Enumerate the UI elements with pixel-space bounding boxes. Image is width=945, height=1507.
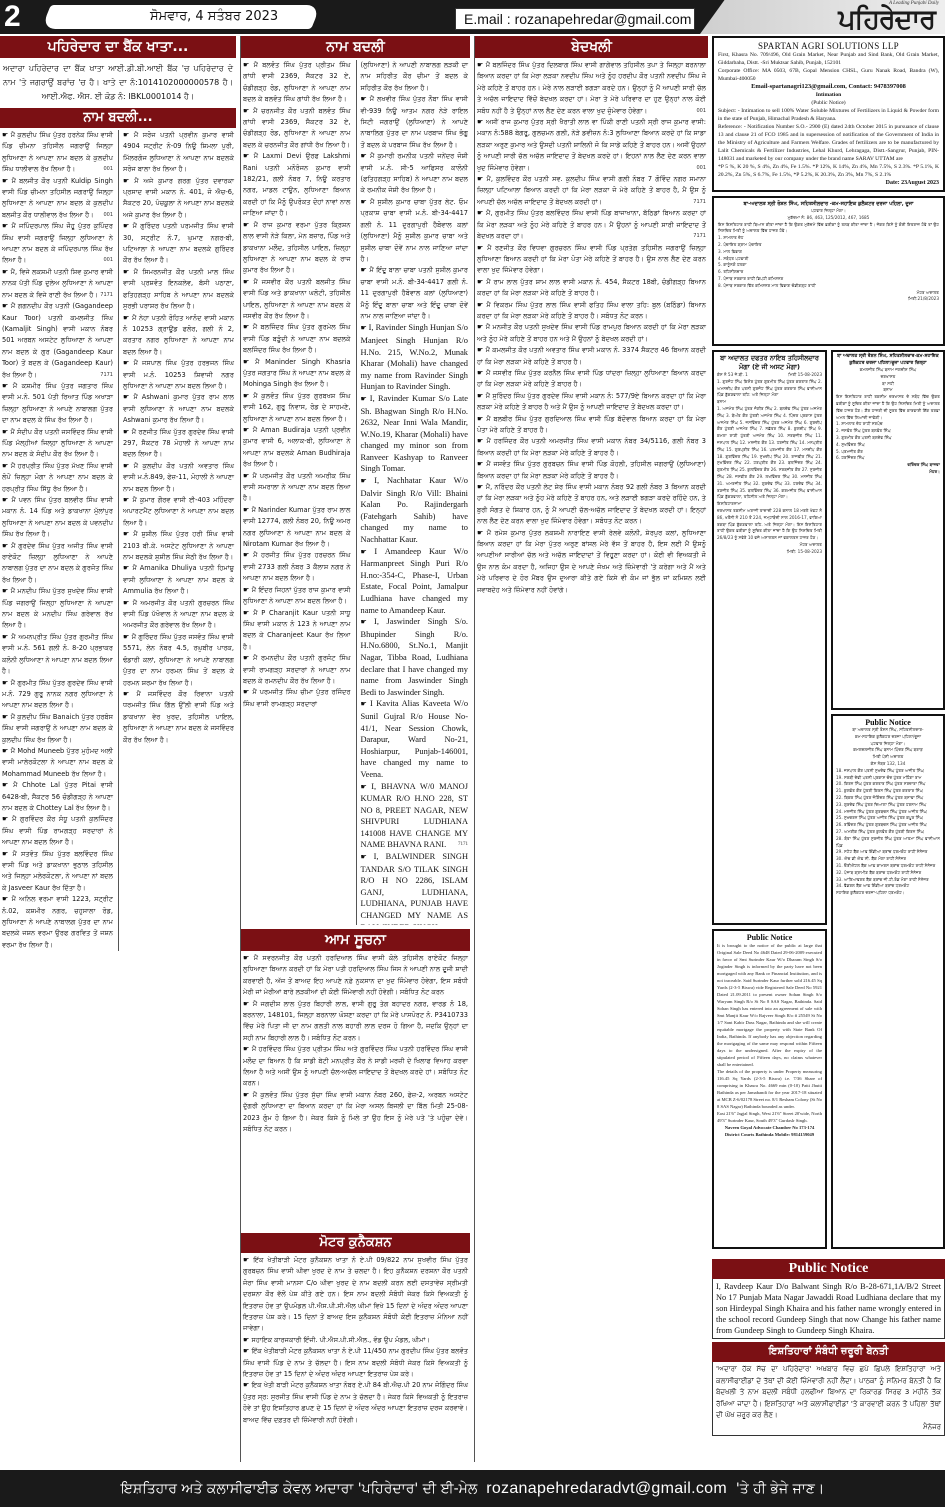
notice-item: ☛ ਮੈਂ ਬਲਬੀਰ ਸਿੰਘ ਪੁੱਤਰ ਗੁਰਦਿਆਲ ਸਿੰਘ ਵਾਸੀ… xyxy=(475,414,708,437)
notice-text: ਮੈਂ ਜਸਵੀਰ ਕੌਰ ਪਤਨੀ ਬਲਜੀਤ ਸਿੰਘ ਵਾਸੀ ਪਿੰਡ … xyxy=(243,278,351,320)
pointing-hand-icon: ☛ xyxy=(243,1336,252,1344)
column-1: ਪਹਿਰੇਦਾਰ ਦਾ ਬੈਂਕ ਖਾਤਾ... ਅਦਾਰਾ ਪਹਿਰੇਦਾਰ … xyxy=(0,36,236,1462)
list-line: ਸਹਾਇਕ ਕੁਲੈਕਟਰ ਦਰਜਾ-ਪਹਿਲਾ ਧਰਮਕੋਟ। xyxy=(836,890,940,897)
pointing-hand-icon: ☛ xyxy=(243,1091,253,1099)
pointing-hand-icon: ☛ xyxy=(361,95,370,103)
court-notices-row: ਬਾ ਅਦਾਲਤ ਦਫਤਰ ਨਾਇਬ ਤਹਿਸੀਲਦਾਰ ਮੋਗਾ (ਏ ਜੀ … xyxy=(712,350,945,1255)
notice-item: ☛ ਮੈਂ ਸੰਦੀਪ ਕੌਰ ਪਤਨੀ ਜਸਵਿੰਦਰ ਸਿੰਘ ਵਾਸੀ ਪ… xyxy=(0,427,115,461)
list-line: 1. ਸ਼ਾਮਲਾਤ ਦੇਹ ਰਾਹੀਂ ਸਰਪੰਚ xyxy=(836,421,940,428)
notice-text: I, BHAVNA W/0 MANOJ KUMAR R/O H.NO 228, … xyxy=(361,782,469,850)
notice-item: ☛ ਮੈਂ Mohd Muneeb ਪੁੱਤਰ ਮੁਹੰਮਦ ਅਲੀ ਵਾਸੀ … xyxy=(0,746,115,780)
notice-text: ਮੈਂ ਅਮਨਪ੍ਰੀਤ ਸਿੰਘ ਪੁੱਤਰ ਗੁਰਮੀਤ ਸਿੰਘ ਵਾਸੀ… xyxy=(2,633,113,675)
pointing-hand-icon: ☛ xyxy=(2,713,11,721)
notice-text: ਮੈਂ ਹਰਜੀਤ ਸਿੰਘ ਪੁੱਤਰ ਹਰਚਰਨ ਸਿੰਘ ਵਾਸੀ 273… xyxy=(243,551,351,582)
pointing-hand-icon: ☛ xyxy=(243,954,254,962)
pointing-hand-icon: ☛ xyxy=(243,107,253,115)
notice-text: ਮੈਂ ਚਰਨਜੀਤ ਕੌਰ ਪਤਨੀ ਬਲਵੰਤ ਸਿੰਘ ਗਾਂਧੀ ਵਾਸ… xyxy=(243,107,351,149)
notice-text: ਮੈਂ Laxmi Devi ਉਰਫ Lakshmi Rani ਪਤਨੀ ਮਨੋ… xyxy=(243,152,351,217)
notice-text: ਮੈਂ ਗੁਰਮੀਤ ਸਿੰਘ ਪੁੱਤਰ ਗੁਰਦੇਵ ਸਿੰਘ ਵਾਸੀ ਮ… xyxy=(2,679,113,710)
notice-text: ਮੈਂ ਕੁਮਾਰੀ ਰਮਨੀਕ ਪਤਨੀ ਜਨੇਂਦਰ ਜੋਸ਼ੀ ਵਾਸੀ … xyxy=(361,152,469,194)
pointing-hand-icon: ☛ xyxy=(2,815,12,823)
notice-item: ☛ ਮੈਂ ਪਰਮਜੀਤ ਸਿੰਘ ਚੀਮਾ ਪੁੱਤਰ ਰਜਿੰਦਰ ਸਿੰਘ… xyxy=(241,687,353,710)
spartan-agri-notice: SPARTAN AGRI SOLUTIONS LLP First, Khasra… xyxy=(712,36,945,192)
pointing-hand-icon: ☛ xyxy=(361,395,370,403)
notice-text: ਮੈਂ ਗੁਰਵਿੰਦਰ ਕੌਰ ਸੰਧੂ ਪਤਨੀ ਕੁਲਜਿੰਦਰ ਸਿੰਘ… xyxy=(2,815,113,846)
list-line: 20. ਕਿਰਨ ਸਿੰਘ ਪੁੱਤਰ ਕਰਤਾਰ ਸਿੰਘ ਪੁੱਤਰ ਸਰਦ… xyxy=(836,781,940,788)
court2-ishtihar-body: ਦਰਖਾਸਤ ਤਕਸੀਮ ਅਰਾਜੀ ਤਾਦਾਦੀ 228 ਕਨਾਲ 18 ਮਰ… xyxy=(717,508,822,542)
pointing-hand-icon: ☛ xyxy=(361,853,374,861)
notice-text: ਮੈਂ ਸਰੋਜ ਪਤਨੀ ਪ੍ਰਵੀਨ ਕੁਮਾਰ ਵਾਸੀ 4904 ਸਟ੍… xyxy=(123,131,234,173)
notice-text: ਮੈਂ ਬਲਜੀਤ ਕੌਰ ਪਤਨੀ Kuldip Singh ਵਾਸੀ ਪਿੰ… xyxy=(2,177,113,219)
notice-item: ☛ ਮੈਂ Laxmi Devi ਉਰਫ Lakshmi Rani ਪਤਨੀ ਮ… xyxy=(241,151,353,219)
notice-text: ਮੈਂ ਕੁਲਦੀਪ ਸਿੰਘ ਪੁੱਤਰ ਹਰਨੇਕ ਸਿੰਘ ਵਾਸੀ ਪਿ… xyxy=(2,131,113,173)
pointing-hand-icon: ☛ xyxy=(477,209,486,217)
pointing-hand-icon: ☛ xyxy=(123,222,133,230)
notice-item: ☛ ਮੈਂ ਰਣਜੀਤ ਕੌਰ ਵਿਧਵਾ ਗੁਰਚਰਨ ਸਿੰਘ ਵਾਸੀ ਪ… xyxy=(475,243,708,277)
notice-item: ☛ ਸਹਾਇਕ ਕਾਰਜਕਾਰੀ ਇੰਜੀ. ਪੀ.ਐਸ.ਪੀ.ਸੀ.ਐਲ., … xyxy=(241,1335,470,1346)
pointing-hand-icon: ☛ xyxy=(2,462,11,470)
pointing-hand-icon: ☛ xyxy=(243,1000,253,1008)
notice-item: ☛ ਮੈਂ ਕੁਲਦੀਪ ਸਿੰਘ Banaich ਪੁੱਤਰ ਹਰਬੰਸ ਸਿ… xyxy=(0,712,115,746)
company-contact: Email-spartanagri123@gmail.com, Contact:… xyxy=(718,83,939,91)
notice-item: ☛ ਮੈਂ ਲਖਵੀਰ ਸਿੰਘ ਪੁੱਤਰ ਨੌਬਾ ਸਿੰਘ ਵਾਸੀ ਵੀ… xyxy=(359,94,471,151)
list-line: 32. ਪੰਜਾਬ ਗ੍ਰਾਮੀਣ ਬੈਂਕ ਬਰਾਂਚ ਧਰਮਕੋਟ ਰਾਹੀ… xyxy=(836,870,940,877)
pointing-hand-icon: ☛ xyxy=(2,268,11,276)
pointing-hand-icon: ☛ xyxy=(123,359,134,367)
pointing-hand-icon: ☛ xyxy=(2,587,11,595)
notice-text: ਮੈਂ ਰਣਜੀਤ ਕੌਰ ਵਿਧਵਾ ਗੁਰਚਰਨ ਸਿੰਘ ਵਾਸੀ ਪਿੰ… xyxy=(477,244,706,275)
public-notice-heading: Public Notice xyxy=(712,1259,945,1279)
notice-item: ☛ ਮੈਂ ਬਲਜਿੰਦਰ ਸਿੰਘ ਪੁੱਤਰ ਦਿਲਬਾਗ ਸਿੰਘ ਵਾਸ… xyxy=(475,60,708,117)
court2-vs: ਬਨਾਮ xyxy=(717,399,822,406)
issue-date: ਸੋਮਵਾਰ, 4 ਸਤੰਬਰ 2023 xyxy=(150,6,278,28)
pointing-hand-icon: ☛ xyxy=(477,369,486,377)
notice-item: (ਲੁਧਿਆਣਾ) ਨੇ ਆਪਣੀ ਨਾਬਾਲਗ ਲੜਕੀ ਦਾ ਨਾਮ ਸਹਿ… xyxy=(359,60,471,94)
notice-item: ☛ ਮੈਂ ਸਤਵੰਤ ਸਿੰਘ ਪੁੱਤਰ ਬਲਵਿੰਦਰ ਸਿੰਘ ਵਾਸੀ… xyxy=(0,849,115,895)
pointing-hand-icon: ☛ xyxy=(477,483,486,491)
notice-text: I, Ravinder Singh Hunjan S/o Manjeet Sin… xyxy=(361,323,469,391)
pointing-hand-icon: ☛ xyxy=(2,542,11,550)
notice-item: ☛ ਮੈਂ ਹਰਵਿੰਦਰ ਸਿੰਘ ਪੁੱਤਰ ਪ੍ਰੀਤਮ ਸਿੰਘ ਅਤੇ… xyxy=(241,1044,470,1090)
general-notice-heading: ਆਮ ਸੂਚਨਾ xyxy=(241,929,470,951)
notice-text: ਮੈਂ ਕੁਲਵੰਤ ਸਿੰਘ ਪੁੱਤਰ ਸੁੱਚਾ ਸਿੰਘ ਵਾਸੀ ਮਕ… xyxy=(243,1091,468,1133)
notice-text: I Amandeep Kaur W/o Harmanpreet Singh Pu… xyxy=(361,547,469,615)
pointing-hand-icon: ☛ xyxy=(477,323,486,331)
notice-text: ਮੈਂ Chhote Lal ਪੁੱਤਰ Pitai ਵਾਸੀ 6428-ਬੀ,… xyxy=(2,781,113,812)
pointing-hand-icon: ☛ xyxy=(361,198,371,206)
pointing-hand-icon: ☛ xyxy=(243,654,253,662)
pointing-hand-icon: ☛ xyxy=(123,393,133,401)
pointing-hand-icon: ☛ xyxy=(123,633,132,641)
notice-text: ਮੈਂ ਪਰਮਜੀਤ ਸਿੰਘ ਚੀਮਾ ਪੁੱਤਰ ਰਜਿੰਦਰ ਸਿੰਘ ਵ… xyxy=(243,688,351,707)
court1-case: ਮੁਕੱਦਮਾ ਨੰ: 86, 463, 125/2012, 467, 1685 xyxy=(718,215,939,222)
pointing-hand-icon: ☛ xyxy=(477,346,486,354)
notice-item: ☛ ਇੱਕ ਖੇਤੀਬਾੜੀ ਮੋਟਰ ਕੁਨੈਕਸ਼ਨ ਖਾਤਾ ਨੰ ਏ.ਪ… xyxy=(241,1255,470,1335)
pointing-hand-icon: ☛ xyxy=(243,1256,253,1264)
notice-text: ਮੈਂ ਅਮਰਜੀਤ ਕੌਰ ਪਤਨੀ ਗੁਰਚਰਨ ਸਿੰਘ ਵਾਸੀ ਪਿੰ… xyxy=(123,599,234,630)
notice-item: ☛ ਮੈਂ Narinder Kumar ਪੁੱਤਰ ਰਾਮ ਲਾਲ ਵਾਸੀ … xyxy=(241,505,353,551)
list-line: 1. ਸ਼ਾਮਲਾਤ ਦੇਹ xyxy=(718,235,939,242)
pointing-hand-icon: ☛ xyxy=(477,61,486,69)
notice-text: ਇੱਕ ਖੇਤੀਬਾੜੀ ਮੋਟਰ ਕੁਨੈਕਸ਼ਨ ਖਾਤਾ ਨੰ ਏ.ਪੀ … xyxy=(243,1256,468,1332)
public-notice-punjabi: Public Notice ਬਾ ਅਦਾਲਤ ਸ੍ਰੀ ਰੋਸ਼ਨ ਸਿੰਘ, … xyxy=(831,714,945,1249)
masthead: 2 ਸੋਮਵਾਰ, 4 ਸਤੰਬਰ 2023 E.mail : rozanape… xyxy=(0,0,945,34)
pointing-hand-icon: ☛ xyxy=(2,781,13,789)
notice-text: ਮੈਂ ਰਮੇਸ਼ ਕੁਮਾਰ ਪੁੱਤਰ ਲਕਸ਼ਮੀ ਨਾਰਾਇਣ ਵਾਸੀ… xyxy=(477,529,706,594)
notice-text: ਮੈਂ ਜਸਪਾਲ ਸਿੰਘ ਪੁੱਤਰ ਹਰਭਜਨ ਸਿੰਘ ਵਾਸੀ ਮ.ਨ… xyxy=(123,359,234,390)
intimation-label: Intimation xyxy=(718,91,939,99)
notice-text: ਇਕ ਖੇਤੀ ਬਾੜੀ ਮੋਟਰ ਕੁਨੈਕਸ਼ਨ ਖਾਤਾ ਨੰਬਰ ਏ.ਪ… xyxy=(243,1381,468,1423)
court-notice-1: ਬਾ-ਅਦਾਲਤ ਸ੍ਰੀ ਰੋਸ਼ਨ ਸਿੰਘ, ਸਹਿਤਸੀਲਦਾਰ -ਕਮ… xyxy=(712,196,945,346)
notice-item: ☛ ਮੈਂ ਇੰਦਰ ਜਿਹਨਾਂ ਪੁੱਤਰ ਰਾਜ ਕੁਮਾਰ ਵਾਸੀ ਲ… xyxy=(241,585,353,608)
list-line: 5. ਕਾਨੂੰਨਗੋ ਹਲਕਾ xyxy=(718,262,939,269)
list-line: 24. ਮਨਜੀਤ ਸਿੰਘ ਪੁੱਤਰ ਗੁਰਬਚਨ ਸਿੰਘ ਪੁੱਤਰ ਅ… xyxy=(836,809,940,816)
pointing-hand-icon: ☛ xyxy=(243,358,255,366)
list-line: ਮਿਤੀ ਪੇਸ਼ੀ ਅਦਾਲਤ xyxy=(836,754,940,761)
notice-item: ☛ ਮੈਂ ਕਸ਼ਮੀਰ ਸਿੰਘ ਪੁੱਤਰ ਜਗਤਾਰ ਸਿੰਘ ਵਾਸੀ … xyxy=(0,381,115,427)
disinheritance-heading: ਬੇਦਖਲੀ xyxy=(475,36,708,58)
notice-item: ☛ ਮੈਂ ਜਸਵੀਰ ਕੌਰ ਪਤਨੀ ਬਲਜੀਤ ਸਿੰਘ ਵਾਸੀ ਪਿੰ… xyxy=(241,277,353,323)
notice-text: ਮੈਂ, ਵਿਜੇ ਲਕਸ਼ਮੀ ਪਤਨੀ ਸ਼ਿਵ ਕੁਮਾਰ ਵਾਸੀ ਨਾ… xyxy=(2,268,113,299)
notice-item: ☛ ਮੈਂ ਚਰਨਜੀਤ ਕੌਰ ਪਤਨੀ ਬਲਵੰਤ ਸਿੰਘ ਗਾਂਧੀ ਵ… xyxy=(241,106,353,152)
notice-item: ☛ ਮੈਂ ਰਣਜੀਤ ਸਿੰਘ ਪੁੱਤਰ ਗੁਰਦੇਵ ਸਿੰਘ ਵਾਸੀ … xyxy=(121,427,236,461)
court1-sign-date: ਮਿਤੀ:21/8/2023 xyxy=(718,296,939,303)
notice-text: ਮੈਂ ਪਵਨ ਸਿੰਘ ਪੁੱਤਰ ਬਲਵੀਰ ਸਿੰਘ ਵਾਸੀ ਮਕਾਨ … xyxy=(2,496,113,538)
pointing-hand-icon: ☛ xyxy=(243,586,252,594)
pointing-hand-icon: ☛ xyxy=(123,462,134,470)
notice-item: ☛ ਮੈਂ ਹਰਜੀਤ ਸਿੰਘ ਪੁੱਤਰ ਹਰਚਰਨ ਸਿੰਘ ਵਾਸੀ 2… xyxy=(241,550,353,584)
notice-text: ਮੈਂ ਜਸਵਿੰਦਰ ਕੌਰ ਰਿਵਾਨਾ ਪਤਨੀ ਧਰਮਜੀਤ ਸਿੰਘ … xyxy=(123,690,234,744)
notice-item: ☛ ਮੈਂ ਗੁਰਿੰਦਰ ਸਿੰਘ ਪੁੱਤਰ ਜਸਵੰਤ ਸਿੰਘ ਵਾਸੀ… xyxy=(121,632,236,689)
pointing-hand-icon: ☛ xyxy=(243,1347,252,1355)
notice-item: ☛ ਮੈਂ ਜਸਵੰਤ ਸਿੰਘ ਪੁੱਤਰ ਗੁਰਬਚਨ ਸਿੰਘ ਵਾਸੀ … xyxy=(475,459,708,482)
court3-labels: ਦਰਖਾਸਤਬਾ ਸਹੀਂਬਨਾਮ xyxy=(836,374,940,394)
pointing-hand-icon: ☛ xyxy=(2,302,11,310)
court3-subtitle: ਕਮਲਜੀਤ ਸਿੰਘ ਬਨਾਮ ਜਗਦੀਸ਼ ਸਿੰਘ xyxy=(836,367,940,374)
court3-sign: ਵਰਿੰਦਰ ਸਿੰਘ ਬਾਜਵਾ xyxy=(836,462,940,469)
notice-item: ☛ ਮੈਂ ਜਸਵੀਰ ਸਿੰਘ ਪੁੱਤਰ ਕਰਨੈਲ ਸਿੰਘ ਵਾਸੀ ਪ… xyxy=(475,368,708,391)
notice-item: ☛ ਮੈਂ ਸੁਸ਼ੀਲ ਕੁਮਾਰ ਚਾਬਾ ਪੁੱਤਰ ਲੇਟ. ਓਮ ਪ੍… xyxy=(359,197,471,265)
pointing-hand-icon: ☛ xyxy=(361,700,370,708)
notice-item: ☛ ਮੈਂ ਜਗਦੀਸ਼ ਲਾਲ ਪੁੱਤਰ ਬਿਹਾਰੀ ਲਾਲ, ਵਾਸੀ … xyxy=(241,999,470,1045)
pointing-hand-icon: ☛ xyxy=(243,551,253,559)
pointing-hand-icon: ☛ xyxy=(243,221,254,229)
court3-body: ਇਸ ਇਸ਼ਤਿਹਾਰ ਰਾਹੀਂ ਤਕਸੀਮ ਦਰਖਾਸਤ ਦੇ ਸਬੰਧ ਵ… xyxy=(836,394,940,421)
notice-text: ਮੈਂ ਬਲਵੰਤ ਸਿੰਘ ਪੁੱਤਰ ਪ੍ਰੀਤਮ ਸਿੰਘ ਗਾਂਧੀ ਵ… xyxy=(243,61,351,103)
notice-text: ਮੈਂ Mohd Muneeb ਪੁੱਤਰ ਮੁਹੰਮਦ ਅਲੀ ਵਾਸੀ ਮਾ… xyxy=(2,747,113,778)
notice-item: ☛ ਮੈਂ ਬਲਵੰਤ ਸਿੰਘ ਪੁੱਤਰ ਪ੍ਰੀਤਮ ਸਿੰਘ ਗਾਂਧੀ… xyxy=(241,60,353,106)
court-notice-2-wrap: ਬਾ ਅਦਾਲਤ ਦਫਤਰ ਨਾਇਬ ਤਹਿਸੀਲਦਾਰ ਮੋਗਾ (ਏ ਜੀ … xyxy=(712,350,827,1255)
notice-text: ਮੈਂ ਰਾਮ ਲਾਲ ਪੁੱਤਰ ਸ਼ਾਮ ਲਾਲ ਵਾਸੀ ਮਕਾਨ ਨੰ.… xyxy=(477,278,706,297)
notice-text: ਮੈਂ ਵਿਕਰਮ ਸਿੰਘ ਪੁੱਤਰ ਲਾਲ ਸਿੰਘ ਵਾਸੀ ਫਤਿਹ … xyxy=(477,301,706,320)
page-number: 2 xyxy=(4,0,21,34)
notice-code: 001 xyxy=(103,164,113,175)
notice-item: ☛ ਮੈਂ ਮਨਜੀਤ ਕੌਰ ਪਤਨੀ ਸੁਖਦੇਵ ਸਿੰਘ ਵਾਸੀ ਪਿ… xyxy=(475,322,708,345)
notice-text: ਮੈਂ ਜਪਿੰਦਰਪਾਲ ਸਿੰਘ ਜੌਹੂ ਪੁੱਤਰ ਕੁਪਿੰਦਰ ਸਿ… xyxy=(2,222,113,264)
notice-item: ☛ ਮੈਂ Ashwani ਕੁਮਾਰ ਪੁੱਤਰ ਰਾਮ ਲਾਲ ਵਾਸੀ ਲ… xyxy=(121,392,236,426)
bank-info: ਅਦਾਰਾ ਪਹਿਰੇਦਾਰ ਦਾ ਬੈਂਕ ਖਾਤਾ ਆਈ.ਡੀ.ਬੀ.ਆਈ … xyxy=(0,60,236,106)
court-notice-3-wrap: ਬਾ ਅਦਾਲਤ ਸ੍ਰੀ ਰੋਸ਼ਨ ਸਿੰਘ, ਸਹਿਤਸੀਲਦਾਰ-ਕਮ-… xyxy=(831,350,945,1255)
pointing-hand-icon: ☛ xyxy=(243,426,253,434)
list-line: ਕਮ-ਸਹਾਇਕ ਕੁਲੈਕਟਰ ਦਰਜਾ ਪਹਿਲਾ/ਦੂਜਾ xyxy=(836,734,940,741)
court2-title: ਬਾ ਅਦਾਲਤ ਦਫਤਰ ਨਾਇਬ ਤਹਿਸੀਲਦਾਰ ਮੋਗਾ (ਏ ਜੀ … xyxy=(717,354,822,372)
pointing-hand-icon: ☛ xyxy=(123,131,134,139)
list-line: 27. ਅਮਰੀਕ ਸਿੰਘ ਪੁੱਤਰ ਕੁਲਵੰਤ ਕੌਰ ਪੁੱਤਰੀ ਕ… xyxy=(836,829,940,836)
notice-text: ਮੈਂ ਮਨਜੀਤ ਕੌਰ ਪਤਨੀ ਸੁਖਦੇਵ ਸਿੰਘ ਵਾਸੀ ਪਿੰਡ… xyxy=(477,323,706,342)
court2-case-no: ਕੇਸ ਨੰ 53 ਜੇ.ਬੀ. 1 xyxy=(717,372,748,379)
disclaimer-heading: ਇਸ਼ਤਿਹਾਰਾਂ ਸੰਬੰਧੀ ਜ਼ਰੂਰੀ ਬੇਨਤੀ xyxy=(712,1342,945,1362)
list-line: 34. ਫੈਡਰਲ ਬੈਂਕ ਆਫ ਇੰਡੀਆ ਬਰਾਂਚ ਧਰਮਕੋਟ xyxy=(836,883,940,890)
subject-text: Subject: - Intimation to sell 100% Water… xyxy=(718,107,939,123)
notice-item: ☛ ਮੈਂ ਪਵਨ ਸਿੰਘ ਪੁੱਤਰ ਬਲਵੀਰ ਸਿੰਘ ਵਾਸੀ ਮਕਾ… xyxy=(0,495,115,541)
notice-item: ☛ I Kavita Alias Kaveeta W/o Sunil Gujra… xyxy=(359,698,471,780)
notice-item: ☛ ਮੈਂ ਮਨਦੀਪ ਸਿੰਘ ਪੁੱਤਰ ਸੁਖਦੇਵ ਸਿੰਘ ਵਾਸੀ … xyxy=(0,586,115,632)
notice-item: ☛ ਮੈਂ Aman Budiraja ਪਤਨੀ ਪ੍ਰਵੀਨ ਕੁਮਾਰ ਵਾ… xyxy=(241,425,353,471)
pointing-hand-icon: ☛ xyxy=(2,428,11,436)
pointing-hand-icon: ☛ xyxy=(361,152,371,160)
court3-title: ਬਾ ਅਦਾਲਤ ਸ੍ਰੀ ਰੋਸ਼ਨ ਸਿੰਘ, ਸਹਿਤਸੀਲਦਾਰ-ਕਮ-… xyxy=(836,354,940,367)
public-notice-english: Public Notice It is brought to the notic… xyxy=(712,929,827,1249)
pointing-hand-icon: ☛ xyxy=(2,679,11,687)
notice-item: ☛ ਮੈਂ, ਗੁਰਮੀਤ ਸਿੰਘ ਪੁੱਤਰ ਬਲਵਿੰਦਰ ਸਿੰਘ ਵਾ… xyxy=(475,208,708,242)
list-line: 3. ਗੁਰਮੀਤ ਕੌਰ ਪਤਨੀ ਬਲਦੇਵ ਸਿੰਘ xyxy=(836,435,940,442)
notice-text: ਮੈਂ ਹਰਜਿੰਦਰ ਕੌਰ ਪਤਨੀ ਅਮਰਜੀਤ ਸਿੰਘ ਵਾਸੀ ਮਕ… xyxy=(477,437,706,456)
notice-text: ਮੈਂ ਗੁਰਦੇਵ ਸਿੰਘ ਪੁੱਤਰ ਅਜੀਤ ਸਿੰਘ ਵਾਸੀ ਰਾਏ… xyxy=(2,542,113,584)
column-4: SPARTAN AGRI SOLUTIONS LLP First, Khasra… xyxy=(712,36,945,1462)
court2-sign-date: ਮਿਤੀ: 15-08-2023 xyxy=(717,549,822,556)
notice-text: ਮੈਂ ਅਨਿਲ ਵਰਮਾ ਵਾਸੀ 1223, ਸਟ੍ਰੀਟ ਨੰ.02, ਕ… xyxy=(2,895,113,949)
pointing-hand-icon: ☛ xyxy=(477,415,486,423)
disclaimer-body: 'ਅਦਾਰਾ ਹੱਕ ਸੱਚ ਦਾ ਪਹਿਰੇਦਾਰ' ਅਖ਼ਬਾਰ ਵਿਚ ਛ… xyxy=(712,1362,945,1436)
notice-text: ਮੈਂ ਅਜੇ ਕੁਮਾਰ ਗਰਗ ਪੁੱਤਰ ਦਵਾਰਕਾ ਪ੍ਰਸਾਦ ਵਾ… xyxy=(123,177,234,219)
pointing-hand-icon: ☛ xyxy=(243,323,253,331)
list-line: 19. ਸਰਬੀ ਦੇਵੀ ਪਤਨੀ ਪ੍ਰਕਾਸ਼ ਚੰਦ ਪੁੱਤਰ ਮਹਿ… xyxy=(836,775,940,782)
notice-item: ☛ ਮੈਂ ਅਮਨਪ੍ਰੀਤ ਸਿੰਘ ਪੁੱਤਰ ਗੁਰਮੀਤ ਸਿੰਘ ਵਾ… xyxy=(0,632,115,678)
company-address: First, Khasra No. 709/496, Old Grain Mar… xyxy=(718,51,939,67)
notice-item: ☛ ਮੈਂ ਜਸਪਾਲ ਸਿੰਘ ਪੁੱਤਰ ਹਰਭਜਨ ਸਿੰਘ ਵਾਸੀ ਮ… xyxy=(121,358,236,392)
notice-item: ☛ I, Ravinder Kumar S/o Late Sh. Bhagwan… xyxy=(359,393,471,475)
notice-item: ☛ ਮੈਂ ਕਮਲਜੀਤ ਕੌਰ ਪਤਨੀ ਅਵਤਾਰ ਸਿੰਘ ਵਾਸੀ ਮਕ… xyxy=(475,345,708,368)
notice-item: ☛ I, BHAVNA W/0 MANOJ KUMAR R/O H.NO 228… xyxy=(359,781,471,852)
notice-text: ਮੈਂ ਸ਼ੁਸ਼ੀਲ ਸਿੰਘ ਪੁੱਤਰ ਹਰੀ ਸਿੰਘ ਵਾਸੀ 210… xyxy=(123,530,234,561)
court3-list: 1. ਸ਼ਾਮਲਾਤ ਦੇਹ ਰਾਹੀਂ ਸਰਪੰਚ2. ਜਸਵੰਤ ਸਿੰਘ … xyxy=(836,421,940,462)
list-line: 25. ਸੁਖਚਰਨ ਸਿੰਘ ਪੁੱਤਰ ਅਜੀਤ ਸਿੰਘ ਪੁੱਤਰ ਕਪ… xyxy=(836,815,940,822)
pointing-hand-icon: ☛ xyxy=(2,850,13,858)
notice-item: ☛ ਮੈਂ Amanika Dhuliya ਪਤਨੀ ਹਿਮਾਂਸ਼ੂ ਵਾਸੀ… xyxy=(121,563,236,597)
notice-text: ਮੈਂ ਸੁਰਿੰਦਰ ਸਿੰਘ ਪੁੱਤਰ ਗੁਰਦੇਵ ਸਿੰਘ ਵਾਸੀ … xyxy=(477,392,706,411)
notice-text: ਮੈਂ ਲਖਵੀਰ ਸਿੰਘ ਪੁੱਤਰ ਨੌਬਾ ਸਿੰਘ ਵਾਸੀ ਵੀ-9… xyxy=(361,95,469,149)
pointing-hand-icon: ☛ xyxy=(361,618,375,626)
pointing-hand-icon: ☛ xyxy=(2,177,12,185)
header-email[interactable]: E.mail : rozanapehredar@gmail.com xyxy=(455,8,695,30)
list-line: 3. ਮਾਲ ਵਿਭਾਗ xyxy=(718,249,939,256)
notice-item: ☛ ਇਕ ਖੇਤੀ ਬਾੜੀ ਮੋਟਰ ਕੁਨੈਕਸ਼ਨ ਖਾਤਾ ਨੰਬਰ ਏ… xyxy=(241,1380,470,1426)
pointing-hand-icon: ☛ xyxy=(243,1045,252,1053)
notice-item: ☛ ਇੱਕ ਖੇਤੀਬਾੜੀ ਮੋਟਰ ਕੁਨੈਕਸ਼ਨ ਖਾਤਾ ਨੰ ਏ.ਪ… xyxy=(241,1346,470,1380)
notice-text: ਮੈਂ P Charanjit Kaur ਪਤਨੀ ਸਾਧੂ ਸਿੰਘ ਵਾਸੀ… xyxy=(243,609,351,651)
notice-item: ☛ ਮੈਂ ਕੁਲਵੰਤ ਸਿੰਘ ਪੁੱਤਰ ਗੁਰਬਖਸ਼ ਸਿੰਘ ਵਾਸ… xyxy=(241,391,353,425)
list-line: 23. ਗੁਰਦੇਵ ਸਿੰਘ ਪੁੱਤਰ ਦਿਆਲਾ ਸਿੰਘ ਪੁੱਤਰ ਹ… xyxy=(836,802,940,809)
court2-body: 1. ਗੁਰਜੰਟ ਸਿੰਘ ਕਿਸ਼ੋਰ ਪੁੱਤਰ ਗੁਰਮੀਤ ਸਿੰਘ … xyxy=(717,379,822,399)
pointing-hand-icon: ☛ xyxy=(361,548,375,556)
notice-text: ਮੈਂ ਇੰਦਰ ਜਿਹਨਾਂ ਪੁੱਤਰ ਰਾਜ ਕੁਮਾਰ ਵਾਸੀ ਲੁਧ… xyxy=(243,586,350,605)
list-line: 22. ਬਿਕਰ ਸਿੰਘ ਪੁੱਤਰ ਜੋਗਿੰਦਰ ਸਿੰਘ ਪੁੱਤਰ ਬ… xyxy=(836,795,940,802)
list-line: 31. ਓਰੀਐਂਟਲ ਬੈਂਕ ਆਫ ਕਾਮਰਸ ਬਰਾਂਚ ਧਰਮਕੋਟ ਰ… xyxy=(836,863,940,870)
notice-code: 7171 xyxy=(100,290,113,301)
col2-notices: ☛ ਮੈਂ ਬਲਵੰਤ ਸਿੰਘ ਪੁੱਤਰ ਪ੍ਰੀਤਮ ਸਿੰਘ ਗਾਂਧੀ… xyxy=(241,60,470,925)
list-line: 5. ਪਰਮਜੀਤ ਕੌਰ xyxy=(836,449,940,456)
notice-item: ☛ ਮੈਂ ਕੁਮਾਰੀ ਰਮਨੀਕ ਪਤਨੀ ਜਨੇਂਦਰ ਜੋਸ਼ੀ ਵਾਸ… xyxy=(359,151,471,197)
corporate-office: Corporate Office: MA 0503, 67B, Gopal Me… xyxy=(718,67,939,83)
list-line: ਕੇਸ ਨੰਬਰ 132, 134 xyxy=(836,761,940,768)
col1-right-list: ☛ ਮੈਂ ਸਰੋਜ ਪਤਨੀ ਪ੍ਰਵੀਨ ਕੁਮਾਰ ਵਾਸੀ 4904 ਸ… xyxy=(118,130,236,951)
notice-item: ☛ ਮੈਂ ਸਰੋਜ ਪਤਨੀ ਪ੍ਰਵੀਨ ਕੁਮਾਰ ਵਾਸੀ 4904 ਸ… xyxy=(121,130,236,176)
pointing-hand-icon: ☛ xyxy=(243,152,254,160)
list-line: 28. ਬੰਤਾ ਸਿੰਘ ਪੁੱਤਰ ਸੁਰਜੀਤ ਸਿੰਘ ਪੁੱਤਰ ਆਤ… xyxy=(836,836,940,850)
list-line: 30. ਐਚ ਡੀ ਐਫ ਸੀ. ਬੈਂਕ ਮੋਗਾ ਰਾਹੀਂ ਮੈਨੇਜਰ xyxy=(836,856,940,863)
pointing-hand-icon: ☛ xyxy=(123,268,134,276)
notice-item: ☛ ਮੈਂ ਗੁਰਦੇਵ ਸਿੰਘ ਪੁੱਤਰ ਅਜੀਤ ਸਿੰਘ ਵਾਸੀ ਰ… xyxy=(0,541,115,587)
notice-text: ਮੈਂ ਬਲਜਿੰਦਰ ਸਿੰਘ ਪੁੱਤਰ ਗੁਰਮੇਲ ਸਿੰਘ ਵਾਸੀ … xyxy=(243,323,351,354)
pn-pa-list: 18. ਜਸਪਾਲ ਕੌਰ ਪਤਨੀ ਸੁਖਦੇਵ ਸਿੰਘ ਪੁੱਤਰ ਅਜੀ… xyxy=(836,768,940,897)
list-line: 4. ਸੁਖਵਿੰਦਰ ਸਿੰਘ xyxy=(836,442,940,449)
list-line: 4. ਸਬੰਧਤ ਪਟਵਾਰੀ xyxy=(718,256,939,263)
notice-text: ਮੈਂ ਕਸ਼ਮੀਰ ਸਿੰਘ ਪੁੱਤਰ ਜਗਤਾਰ ਸਿੰਘ ਵਾਸੀ ਮ.… xyxy=(2,382,113,424)
notice-item: ☛ ਮੈਂ, ਕੁਲਵਿੰਦਰ ਕੌਰ ਪਤਨੀ ਸਵ. ਕੁਲਦੀਪ ਸਿੰਘ… xyxy=(475,174,708,208)
notice-code: 7171 xyxy=(458,839,468,851)
pn-en-sign1: Naveen Goyal Advocate Chamber No 173-174 xyxy=(717,1124,822,1131)
notice-text: ਮੈਂ ਰਾਜ ਕੁਮਾਰ ਵਰਮਾ ਪੁੱਤਰ ਕ੍ਰਿਸ਼ਨ ਲਾਲ ਵਾਸ… xyxy=(243,221,351,275)
notice-text: I, BALWINDER SINGH TANDAR S/O TILAK SING… xyxy=(361,852,469,925)
notice-text: ਮੈਂ Maninder Singh Khasria ਪੁੱਤਰ ਜਗਤਾਰ ਸ… xyxy=(243,358,351,389)
notice-text: ਮੈਂ ਰਮਨਦੀਪ ਕੌਰ ਪਤਨੀ ਗੁਰਜੰਟ ਸਿੰਘ ਵਾਸੀ ਰਾਮ… xyxy=(243,654,351,685)
pointing-hand-icon: ☛ xyxy=(243,392,253,400)
pointing-hand-icon: ☛ xyxy=(123,314,132,322)
pointing-hand-icon: ☛ xyxy=(477,244,487,252)
disinheritance-list: ☛ ਮੈਂ ਬਲਜਿੰਦਰ ਸਿੰਘ ਪੁੱਤਰ ਦਿਲਬਾਗ ਸਿੰਘ ਵਾਸ… xyxy=(475,60,708,596)
notice-text: ਮੈਂ ਸਤਵੰਤ ਸਿੰਘ ਪੁੱਤਰ ਬਲਵਿੰਦਰ ਸਿੰਘ ਵਾਸੀ ਪ… xyxy=(2,850,113,892)
notice-text: ਮੈਂ ਸੁਸ਼ੀਲ ਕੁਮਾਰ ਚਾਬਾ ਪੁੱਤਰ ਲੇਟ. ਓਮ ਪ੍ਰਕ… xyxy=(361,198,469,263)
notice-item: ☛ ਮੈਂ ਬਲਜਿੰਦਰ ਸਿੰਘ ਪੁੱਤਰ ਗੁਰਮੇਲ ਸਿੰਘ ਵਾਸ… xyxy=(241,322,353,356)
notice-item: ☛ ਮੈਂ ਕੁਲਦੀਪ ਸਿੰਘ ਪੁੱਤਰ ਹਰਨੇਕ ਸਿੰਘ ਵਾਸੀ … xyxy=(0,130,115,176)
notice-item: ☛ ਮੈਂ ਕੁਮਾਰ ਗੌਰਵ ਵਾਸੀ ਈ-403 ਮਹਿੰਦਰਾ ਅਪਾਰ… xyxy=(121,495,236,529)
notice-item: ☛ ਮੈਂ ਰਮੇਸ਼ ਕੁਮਾਰ ਪੁੱਤਰ ਲਕਸ਼ਮੀ ਨਾਰਾਇਣ ਵਾ… xyxy=(475,528,708,596)
list-line: ਬਾ ਸਹੀਂ xyxy=(836,381,940,388)
notice-item: ☛ ਮੈਂ Chhote Lal ਪੁੱਤਰ Pitai ਵਾਸੀ 6428-ਬ… xyxy=(0,780,115,814)
notice-item: ☛ ਮੈਂ ਰਮਨਦੀਪ ਕੌਰ ਪਤਨੀ ਗੁਰਜੰਟ ਸਿੰਘ ਵਾਸੀ ਰ… xyxy=(241,653,353,687)
notice-text: I, Nachhatar Kaur W/o Dalvir Singh R/o V… xyxy=(361,476,469,544)
pointing-hand-icon: ☛ xyxy=(243,609,253,617)
pointing-hand-icon: ☛ xyxy=(123,690,137,698)
col1-left-list: ☛ ਮੈਂ ਕੁਲਦੀਪ ਸਿੰਘ ਪੁੱਤਰ ਹਰਨੇਕ ਸਿੰਘ ਵਾਸੀ … xyxy=(0,130,115,951)
court2-ishtihar-label: ਇਸ਼ਤਿਹਾਰਨਾਮਾ xyxy=(717,501,822,508)
pointing-hand-icon: ☛ xyxy=(123,177,134,185)
notice-code: 7171 xyxy=(100,370,113,381)
col1-notices: ☛ ਮੈਂ ਕੁਲਦੀਪ ਸਿੰਘ ਪੁੱਤਰ ਹਰਨੇਕ ਸਿੰਘ ਵਾਸੀ … xyxy=(0,130,236,951)
notice-text: ਮੈਂ ਸੰਦੀਪ ਕੌਰ ਪਤਨੀ ਜਸਵਿੰਦਰ ਸਿੰਘ ਵਾਸੀ ਪਿੰ… xyxy=(2,428,113,459)
notice-code: 001 xyxy=(696,106,706,117)
notice-text: ਮੈਂ Aman Budiraja ਪਤਨੀ ਪ੍ਰਵੀਨ ਕੁਮਾਰ ਵਾਸੀ… xyxy=(243,426,351,468)
court1-title: ਬਾ-ਅਦਾਲਤ ਸ੍ਰੀ ਰੋਸ਼ਨ ਸਿੰਘ, ਸਹਿਤਸੀਲਦਾਰ -ਕਮ… xyxy=(718,201,939,208)
general-notice-list: ☛ ਮੈਂ ਸਵਰਨਜੀਤ ਕੌਰ ਪਤਨੀ ਹਰਦਿਆਲ ਸਿੰਘ ਵਾਸੀ … xyxy=(241,953,470,1233)
notice-item: ☛ ਮੈਂ ਹਰਪ੍ਰੀਤ ਸਿੰਘ ਪੁੱਤਰ ਮੱਖਣ ਸਿੰਘ ਵਾਸੀ … xyxy=(0,461,115,495)
notice-item: ☛ ਮੈਂ ਅਮਰਜੀਤ ਕੌਰ ਪਤਨੀ ਗੁਰਚਰਨ ਸਿੰਘ ਵਾਸੀ ਪ… xyxy=(121,598,236,632)
public-notice-label: (Public Notice) xyxy=(718,99,939,107)
pn-en-details: The details of the property is under Pro… xyxy=(717,1068,822,1110)
notice-item: ☛ ਮੈਂ ਸਵਰਨਜੀਤ ਕੌਰ ਪਤਨੀ ਹਰਦਿਆਲ ਸਿੰਘ ਵਾਸੀ … xyxy=(241,953,470,999)
list-line: ਬਾ ਅਦਾਲਤ ਸ੍ਰੀ ਰੋਸ਼ਨ ਸਿੰਘ, ਸਹਿਤਸੀਲਦਾਰ- xyxy=(836,727,940,734)
notice-text: I, Ravinder Kumar S/o Late Sh. Bhagwan S… xyxy=(361,394,469,474)
pointing-hand-icon: ☛ xyxy=(2,222,12,230)
notice-text: ਇੱਕ ਖੇਤੀਬਾੜੀ ਮੋਟਰ ਕੁਨੈਕਸ਼ਨ ਖਾਤਾ ਨੰ ਏ.ਪੀ … xyxy=(243,1347,468,1378)
notice-text: ਮੈਂ ਗਗਨਦੀਪ ਕੌਰ ਪਤਨੀ (Gagandeep Kaur Toor… xyxy=(2,302,113,378)
notice-text: ਮੈਂ ਜਗਦੀਸ਼ ਲਾਲ ਪੁੱਤਰ ਬਿਹਾਰੀ ਲਾਲ, ਵਾਸੀ ਗੁ… xyxy=(243,1000,468,1042)
notice-text: ਮੈਂ Ashwani ਕੁਮਾਰ ਪੁੱਤਰ ਰਾਮ ਲਾਲ ਵਾਸੀ ਲੁਧ… xyxy=(123,393,234,424)
notice-text: ਮੈਂ ਗੁਰਿੰਦਰ ਪਤਨੀ ਪਰਮਜੀਤ ਸਿੰਘ ਵਾਸੀ 30, ਸਟ… xyxy=(123,222,234,264)
notice-item: ☛ ਮੈਂ ਹਰਜਿੰਦਰ ਕੌਰ ਪਤਨੀ ਅਮਰਜੀਤ ਸਿੰਘ ਵਾਸੀ … xyxy=(475,436,708,459)
list-line: 7. ਪੰਜਾਬ ਸਰਕਾਰ ਰਾਹੀਂ ਡਿਪਟੀ ਕਮਿਸ਼ਨਰ xyxy=(718,276,939,283)
disclaimer-text: 'ਅਦਾਰਾ ਹੱਕ ਸੱਚ ਦਾ ਪਹਿਰੇਦਾਰ' ਅਖ਼ਬਾਰ ਵਿਚ ਛ… xyxy=(716,1365,941,1419)
footer-text: ਇਸ਼ਤਿਹਾਰ ਅਤੇ ਕਲਾਸੀਫਾਈਡ ਕੇਵਲ ਅਦਾਰਾ 'ਪਹਿਰੇ… xyxy=(121,1481,478,1497)
col2-right-list: (ਲੁਧਿਆਣਾ) ਨੇ ਆਪਣੀ ਨਾਬਾਲਗ ਲੜਕੀ ਦਾ ਨਾਮ ਸਹਿ… xyxy=(356,60,471,925)
footer-suffix: 'ਤੇ ਹੀ ਭੇਜੇ ਜਾਣ। xyxy=(736,1481,824,1497)
notice-text: ਮੈਂ Narinder Kumar ਪੁੱਤਰ ਰਾਮ ਲਾਲ ਵਾਸੀ 12… xyxy=(243,506,351,548)
reference-text: Reference: - Notification Number S.O.- 2… xyxy=(718,123,939,163)
newspaper-logo: ਪਹਿਰੇਦਾਰ xyxy=(838,4,935,36)
notice-text: ਮੈਂ, ਨਰਿੰਦਰ ਕੌਰ ਪਤਨੀ ਲੇਟ ਸ਼ੇਰ ਸਿੰਘ ਵਾਸੀ … xyxy=(477,483,706,525)
pointing-hand-icon: ☛ xyxy=(2,131,11,139)
pointing-hand-icon: ☛ xyxy=(123,599,133,607)
court-notice-3: ਬਾ ਅਦਾਲਤ ਸ੍ਰੀ ਰੋਸ਼ਨ ਸਿੰਘ, ਸਹਿਤਸੀਲਦਾਰ-ਕਮ-… xyxy=(831,350,945,710)
notice-item: ☛ ਮੈਂ ਪਰਮਜੀਤ ਕੌਰ ਪਤਨੀ ਅਮਰੀਕ ਸਿੰਘ ਵਾਸੀ ਸਮ… xyxy=(241,471,353,505)
notice-date: Date: 23August 2023 xyxy=(718,179,939,187)
name-change-heading-2: ਨਾਮ ਬਦਲੀ xyxy=(241,36,470,58)
notice-item: ☛ ਮੈਂ ਰਾਜ ਕੁਮਾਰ ਵਰਮਾ ਪੁੱਤਰ ਕ੍ਰਿਸ਼ਨ ਲਾਲ ਵ… xyxy=(241,220,353,277)
column-3: ਬੇਦਖਲੀ ☛ ਮੈਂ ਬਲਜਿੰਦਰ ਸਿੰਘ ਪੁੱਤਰ ਦਿਲਬਾਗ ਸ… xyxy=(474,36,708,1462)
notice-item: ☛ ਮੈਂ ਕੁਲਵੰਤ ਸਿੰਘ ਪੁੱਤਰ ਸੁੱਚਾ ਸਿੰਘ ਵਾਸੀ … xyxy=(241,1090,470,1136)
court2-case-date: ਮਿਤੀ 15-08-2023 xyxy=(788,372,822,379)
list-line: ਪਟਵਾਰ ਜ਼ਿਲ੍ਹਾ ਮੋਗਾ। xyxy=(836,741,940,748)
pointing-hand-icon: ☛ xyxy=(2,747,11,755)
bank-heading: ਪਹਿਰੇਦਾਰ ਦਾ ਬੈਂਕ ਖਾਤਾ... xyxy=(0,36,236,58)
list-line: 18. ਜਸਪਾਲ ਕੌਰ ਪਤਨੀ ਸੁਖਦੇਵ ਸਿੰਘ ਪੁੱਤਰ ਅਜੀ… xyxy=(836,768,940,775)
company-name: SPARTAN AGRI SOLUTIONS LLP xyxy=(718,41,939,51)
pn-en-body: It is brought to the notice of the publi… xyxy=(717,942,822,1068)
notice-item: ☛ I, BALWINDER SINGH TANDAR S/O TILAK SI… xyxy=(359,851,471,925)
list-line: 2. ਪੰਚਾਇਤ ਗ੍ਰਾਮ ਪੰਚਾਇਤ xyxy=(718,242,939,249)
footer-email[interactable]: rozanapehredaradvt@gmail.com xyxy=(486,1480,727,1497)
pointing-hand-icon: ☛ xyxy=(243,506,252,514)
notice-text: ਮੈਂ ਕੁਲਦੀਪ ਸਿੰਘ Banaich ਪੁੱਤਰ ਹਰਬੰਸ ਸਿੰਘ… xyxy=(2,713,113,744)
notice-item: ☛ ਮੈਂ ਸ਼ੁਸ਼ੀਲ ਸਿੰਘ ਪੁੱਤਰ ਹਰੀ ਸਿੰਘ ਵਾਸੀ 2… xyxy=(121,529,236,563)
court3-sign2: ਮੋਹਰ। xyxy=(836,469,940,476)
pointing-hand-icon: ☛ xyxy=(243,688,252,696)
pn-en-sign2: District Courts Bathinda Mobile: 9814159… xyxy=(717,1131,822,1138)
pointing-hand-icon: ☛ xyxy=(477,301,486,309)
list-line: 6. ਹਰਜਿੰਦਰ ਸਿੰਘ xyxy=(836,455,940,462)
notice-item: ☛ ਮੈਂ ਰਾਮ ਲਾਲ ਪੁੱਤਰ ਸ਼ਾਮ ਲਾਲ ਵਾਸੀ ਮਕਾਨ ਨ… xyxy=(475,277,708,300)
list-line: 6. ਤਹਿਸੀਲਦਾਰ xyxy=(718,269,939,276)
pointing-hand-icon: ☛ xyxy=(2,633,11,641)
notice-item: ☛ ਮੈਂ, ਵਿਜੇ ਲਕਸ਼ਮੀ ਪਤਨੀ ਸ਼ਿਵ ਕੁਮਾਰ ਵਾਸੀ … xyxy=(0,267,115,301)
pointing-hand-icon: ☛ xyxy=(477,460,486,468)
pointing-hand-icon: ☛ xyxy=(361,324,369,332)
list-line: ਦਰਖਾਸਤ xyxy=(836,374,940,381)
pn-pa-lines: ਬਾ ਅਦਾਲਤ ਸ੍ਰੀ ਰੋਸ਼ਨ ਸਿੰਘ, ਸਹਿਤਸੀਲਦਾਰ-ਕਮ-… xyxy=(836,727,940,768)
court-notice-2: ਬਾ ਅਦਾਲਤ ਦਫਤਰ ਨਾਇਬ ਤਹਿਸੀਲਦਾਰ ਮੋਗਾ (ਏ ਜੀ … xyxy=(712,350,827,925)
notice-text: ਮੈਂ ਬਲਜਿੰਦਰ ਸਿੰਘ ਪੁੱਤਰ ਦਿਲਬਾਗ ਸਿੰਘ ਵਾਸੀ … xyxy=(477,61,706,115)
notice-text: ਮੈਂ ਨੇਹਾ ਪਤਨੀ ਰੋਹਿਤ ਆਨੰਦ ਵਾਸੀ ਮਕਾਨ ਨੰ 10… xyxy=(123,314,234,356)
